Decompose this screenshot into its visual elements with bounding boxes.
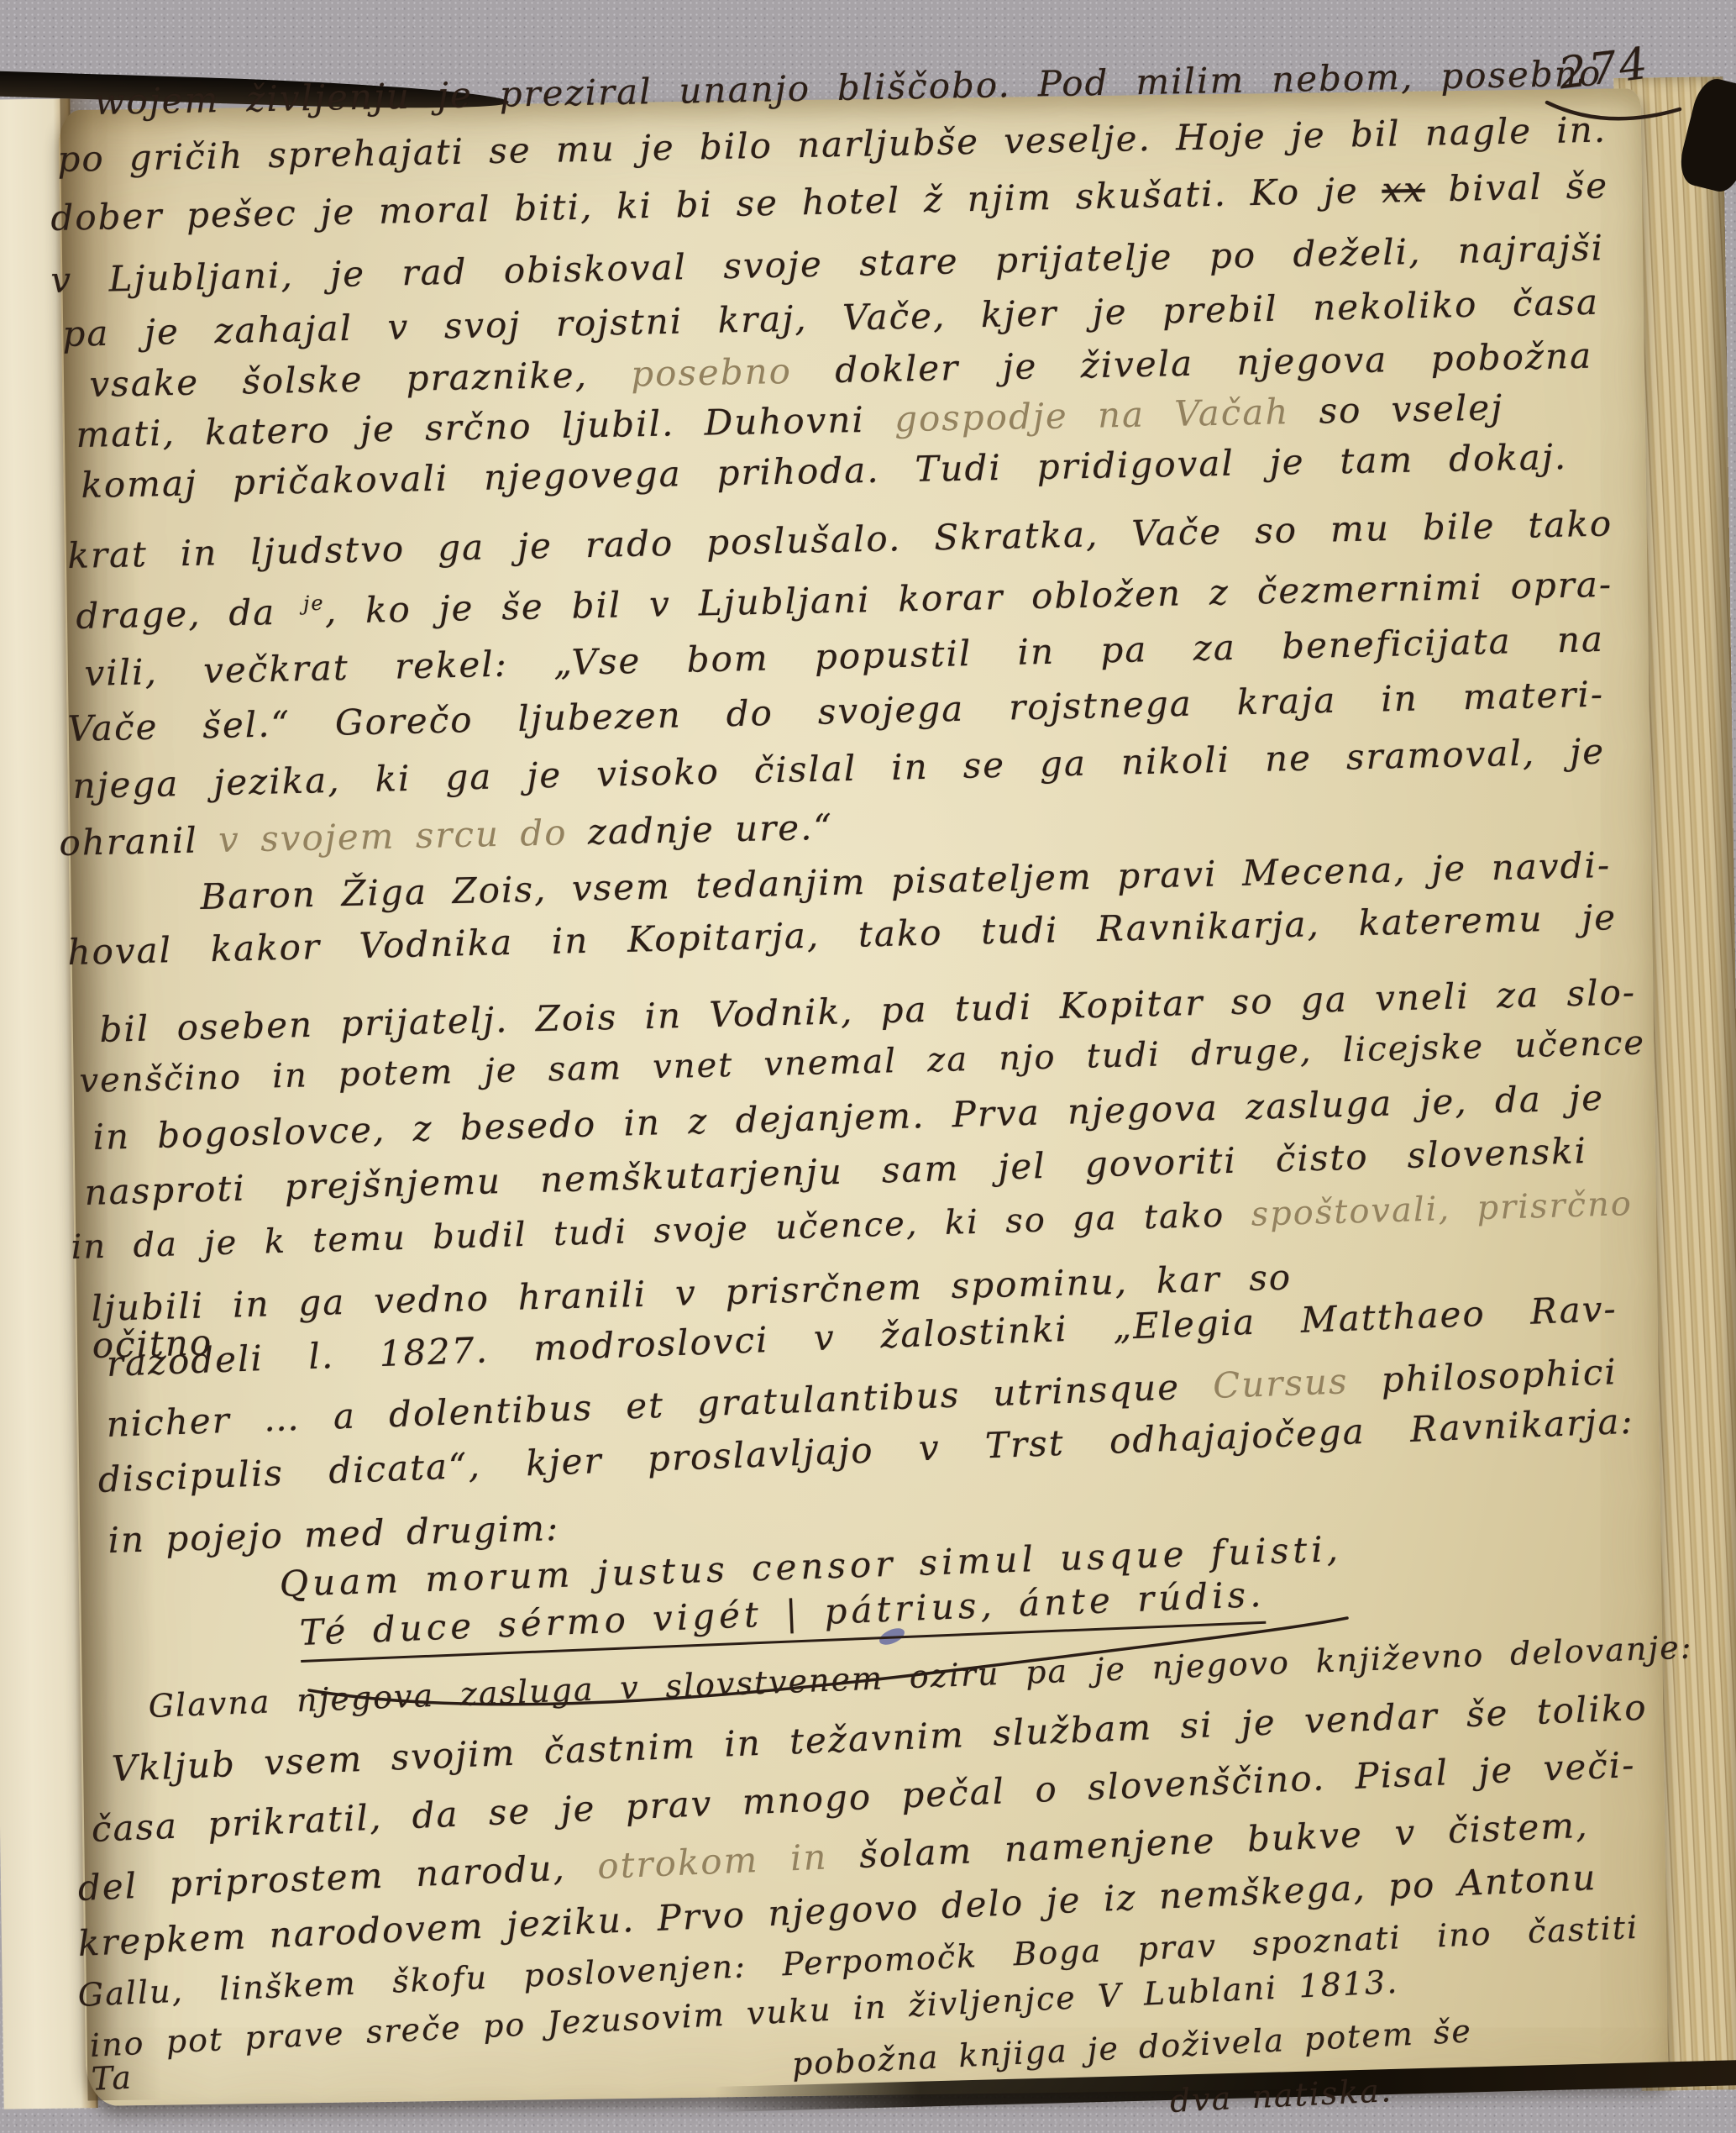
faded-ink-words: v svojem srcu do [218,812,568,860]
handwritten-text: krat in ljudstvo ga je rado poslušalo. S… [67,502,1613,576]
manuscript-line: po gričih sprehajati se mu je bilo narlj… [57,112,1608,179]
manuscript-line: dva natiska. [1169,2074,1393,2119]
manuscript-line: ohranil v svojem srcu do zadnje ure.“ [59,809,833,862]
handwritten-text: zadnje ure.“ [567,806,833,854]
handwritten-text: dva natiska. [1169,2072,1393,2120]
faded-ink-words: spoštovali, prisrčno [1251,1185,1634,1234]
faded-ink-words: gospodje na Vačah [894,391,1290,439]
handwritten-text: , ko je še bil v Ljubljani korar obložen… [324,564,1613,632]
handwritten-text: in pojejo med drugim: [108,1507,560,1561]
handwritten-text: drage, da [76,591,304,637]
faded-ink-words: Cursus [1212,1360,1349,1406]
faded-ink-words: posebno [631,350,793,395]
handwritten-text: dober pešec je moral biti, ki bi se hote… [50,170,1382,239]
manuscript-line: krat in ljudstvo ga je rado poslušalo. S… [67,505,1613,575]
manuscript-line: wojem življenju je preziral unanjo blišč… [94,55,1602,122]
handwritten-text: dokler je živela njegova pobožna [791,335,1592,391]
handwritten-text: philosophici [1348,1351,1618,1401]
handwritten-text: mati, katero je srčno ljubil. Duhovni [76,398,895,455]
manuscript-lines: wojem življenju je preziral unanjo blišč… [0,0,1736,2133]
handwritten-text: so vselej [1289,386,1504,432]
handwritten-text: wojem življenju je preziral unanjo blišč… [94,53,1602,123]
handwritten-text: je [303,591,325,616]
handwritten-text: del priprostem narodu, [77,1846,598,1909]
handwritten-text: vsake šolske praznike, [89,354,632,405]
handwritten-text: bival še [1424,165,1608,210]
manuscript-line: in pojejo med drugim: [108,1510,560,1559]
handwritten-text: ohranil [59,819,219,864]
struck-out-word: xx [1382,169,1425,211]
manuscript-scan: 274 wojem življenju je preziral unanjo b… [0,0,1736,2133]
faded-ink-words: otrokom in [596,1836,828,1887]
manuscript-line: dober pešec je moral biti, ki bi se hote… [50,167,1609,237]
